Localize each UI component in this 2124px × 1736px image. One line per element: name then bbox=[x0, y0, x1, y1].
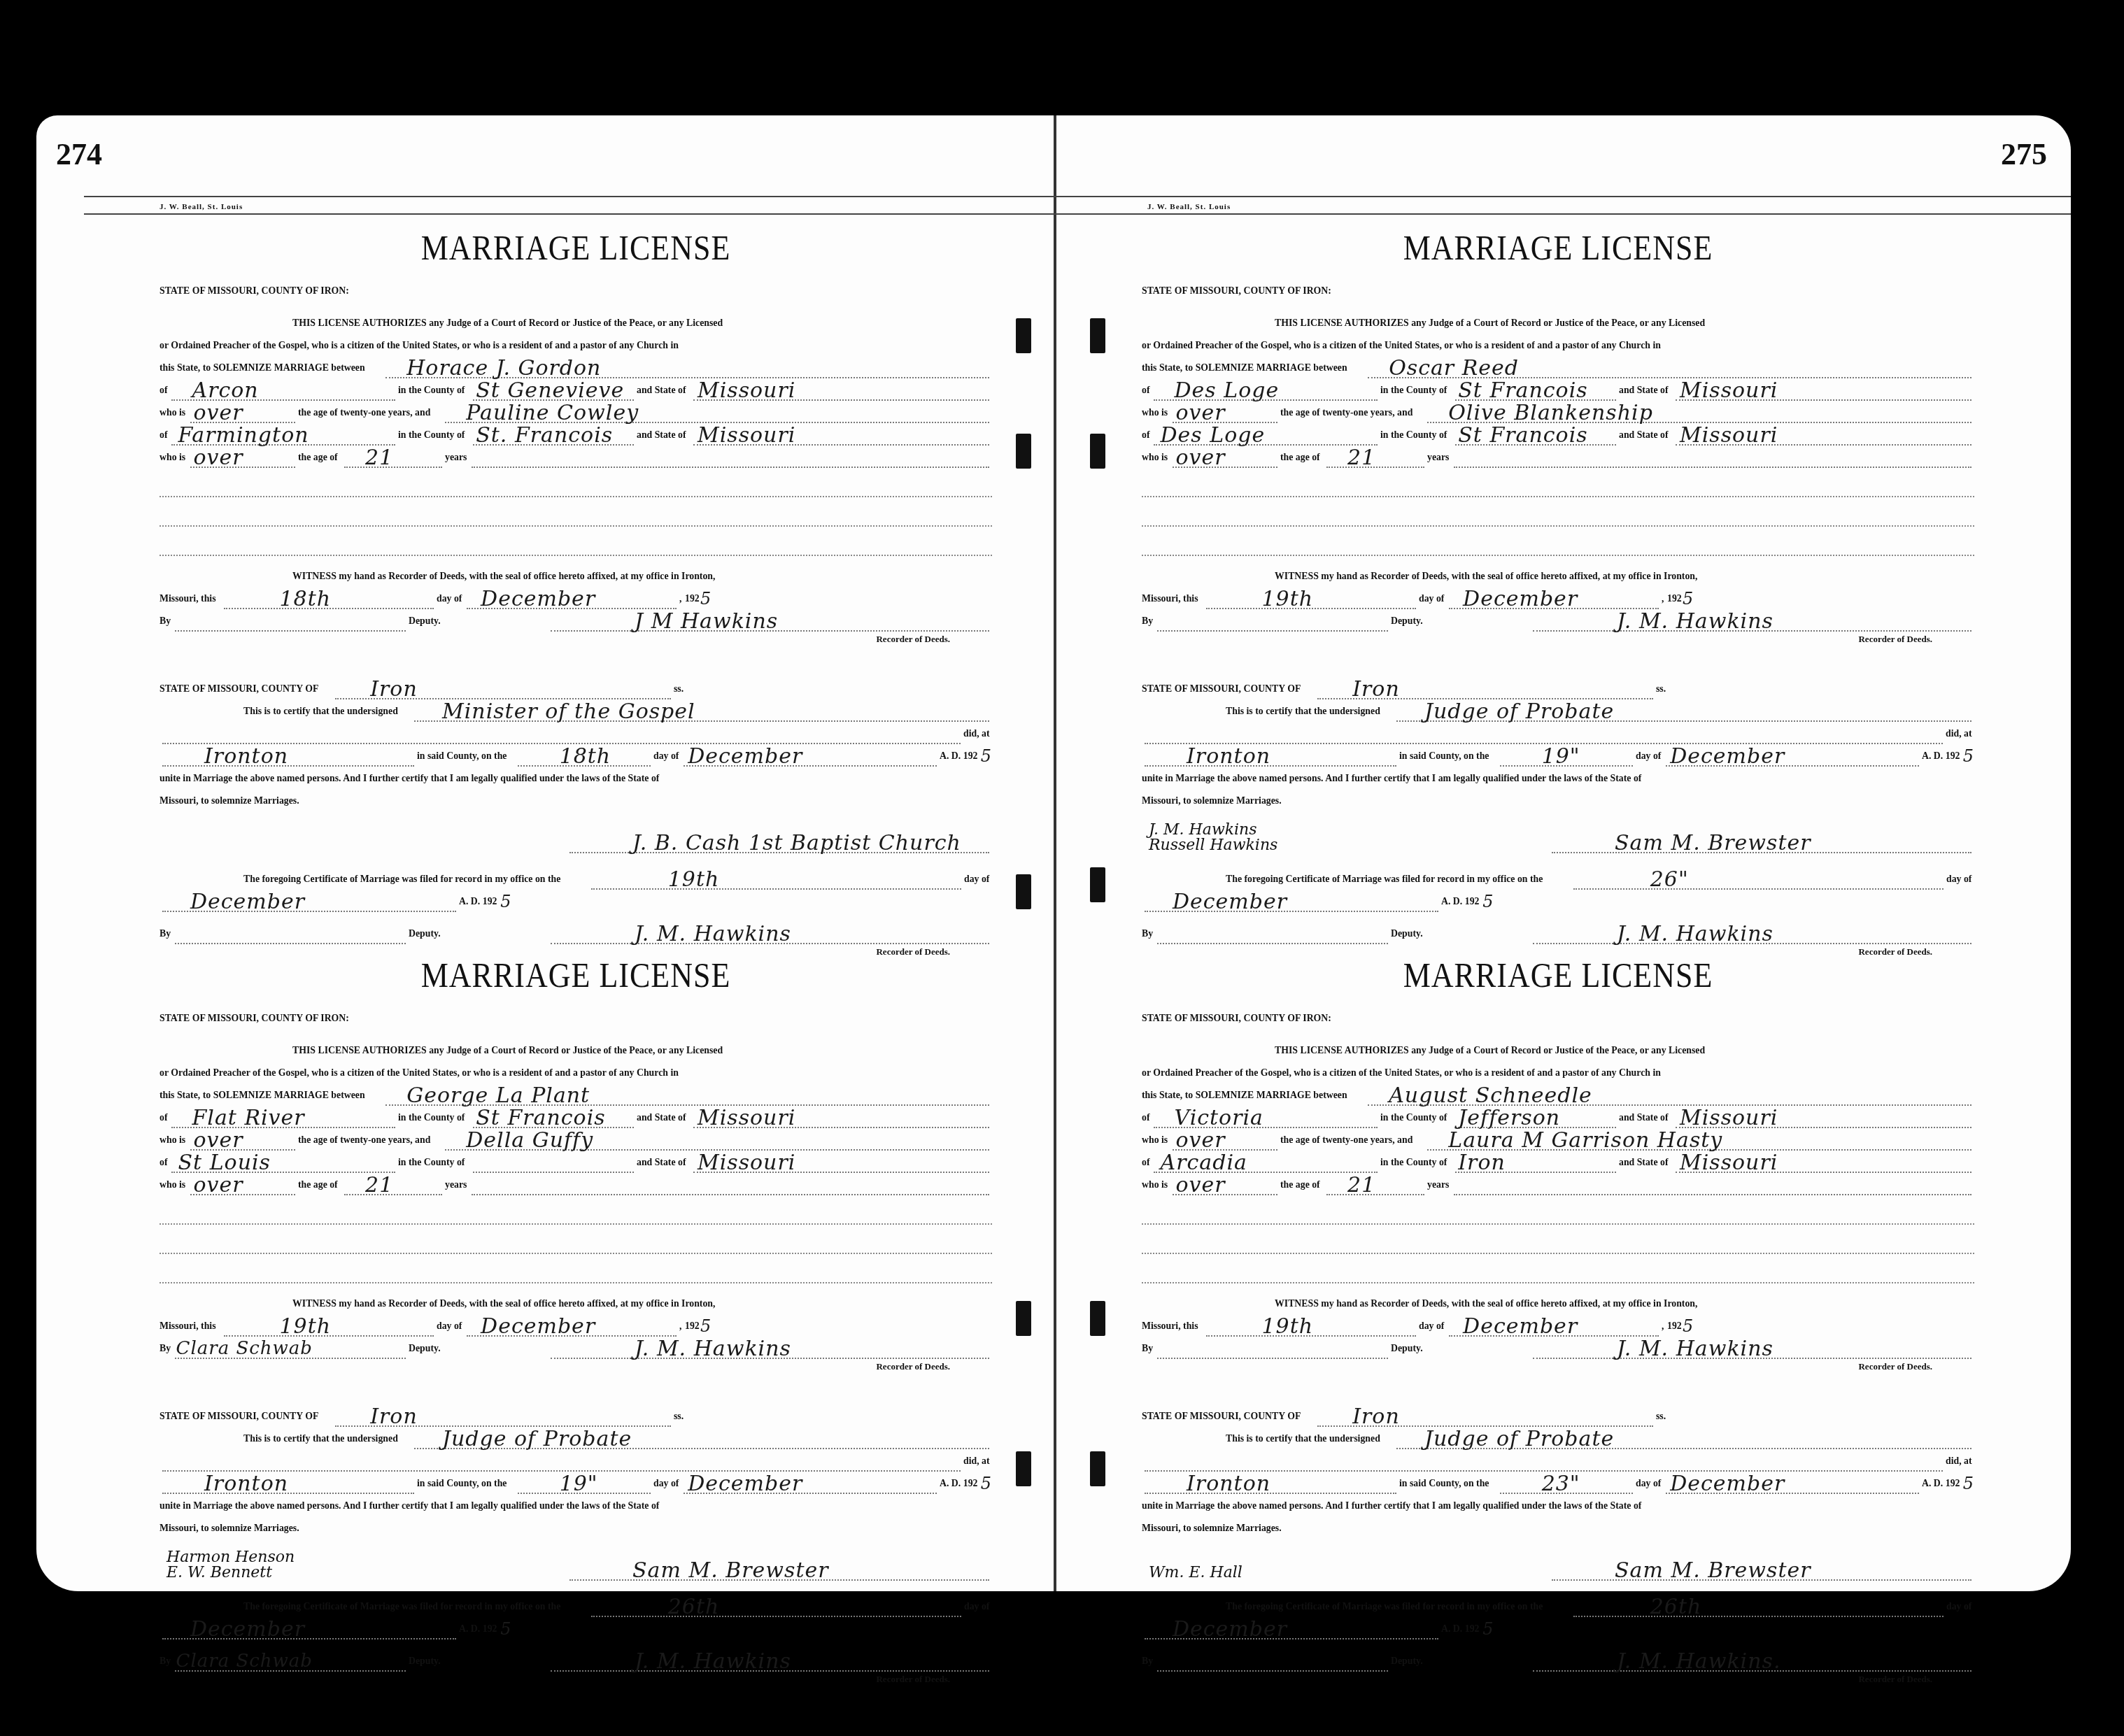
bride-age-status: over bbox=[193, 448, 243, 468]
ad-label: A. D. 192 bbox=[1441, 1619, 1479, 1639]
unite-text: unite in Marriage the above named person… bbox=[160, 769, 659, 789]
printer-imprint-right: J. W. Beall, St. Louis bbox=[1147, 203, 1231, 211]
recorder-of-deeds-label: Recorder of Deeds. bbox=[160, 629, 992, 649]
county-label: in the County of bbox=[1380, 425, 1447, 446]
officiant-title: Minister of the Gospel bbox=[442, 702, 695, 722]
blank-line bbox=[160, 1230, 992, 1254]
ad-label: A. D. 192 bbox=[940, 1474, 977, 1494]
authorization-text: THIS LICENSE AUTHORIZES any Judge of a C… bbox=[292, 313, 723, 334]
of-label: of bbox=[1142, 425, 1150, 446]
who-is-label: who is bbox=[160, 403, 185, 423]
license-month: December bbox=[481, 589, 595, 609]
bride-county: Iron bbox=[1458, 1153, 1506, 1173]
groom-county-field: St Francois bbox=[1455, 383, 1616, 401]
officiant-title-field: Judge of Probate bbox=[1396, 704, 1971, 722]
by-label: By bbox=[160, 611, 171, 632]
by-label: By bbox=[160, 924, 171, 944]
bride-state: Missouri bbox=[1680, 1153, 1778, 1173]
said-county-label: in said County, on the bbox=[417, 1474, 507, 1494]
ceremony-witnesses: J. M. HawkinsRussell Hawkins bbox=[1142, 823, 1277, 853]
witness-signature: Wm. E. Hall bbox=[1149, 1565, 1242, 1581]
bride-town-field: Des Loge bbox=[1154, 427, 1378, 446]
of-label: of bbox=[160, 1153, 168, 1173]
ceremony-place: Ironton bbox=[204, 746, 288, 767]
day-of-label: day of bbox=[437, 1316, 462, 1337]
unite-text: unite in Marriage the above named person… bbox=[1142, 769, 1641, 789]
ceremony-place-field: Ironton bbox=[1145, 1476, 1396, 1494]
age-label: the age of twenty-one years, and bbox=[1280, 1130, 1413, 1151]
ceremony-day-field: 19" bbox=[1500, 748, 1633, 767]
license-month: December bbox=[481, 1316, 595, 1337]
officiant-signature: Sam M. Brewster bbox=[632, 1560, 829, 1581]
groom-name: George La Plant bbox=[406, 1086, 590, 1106]
certify-label: This is to certify that the undersigned bbox=[1226, 702, 1380, 722]
ad-label: A. D. 192 bbox=[940, 746, 977, 767]
filed-month: December bbox=[1173, 1619, 1287, 1639]
license-year-digit: 5 bbox=[700, 1316, 711, 1337]
blank-line bbox=[162, 726, 961, 744]
filed-recorder-signature: J. M. Hawkins bbox=[635, 924, 791, 944]
license-month-field: December bbox=[1449, 1318, 1659, 1337]
officiant-title: Judge of Probate bbox=[442, 1429, 632, 1449]
ad-label: A. D. 192 bbox=[459, 1619, 497, 1639]
authorization-text: THIS LICENSE AUTHORIZES any Judge of a C… bbox=[1275, 313, 1705, 334]
groom-state-field: Missouri bbox=[1676, 1110, 1971, 1128]
license-day-field: 18th bbox=[224, 591, 434, 609]
bride-name-field: Pauline Cowley bbox=[445, 405, 989, 423]
authorization-text: THIS LICENSE AUTHORIZES any Judge of a C… bbox=[1275, 1041, 1705, 1061]
filed-month: December bbox=[190, 892, 305, 912]
who-is-label: who is bbox=[160, 1130, 185, 1151]
bride-age-status: over bbox=[1175, 448, 1225, 468]
binding-mark bbox=[1016, 318, 1031, 353]
state-county-header: STATE OF MISSOURI, COUNTY OF IRON: bbox=[1142, 1009, 1331, 1029]
binding-mark bbox=[1016, 434, 1031, 469]
ceremony-year-digit: 5 bbox=[981, 746, 992, 767]
state-label: and State of bbox=[1619, 425, 1669, 446]
filed-day-field: 26" bbox=[1573, 871, 1944, 890]
county-label: in the County of bbox=[1380, 1153, 1447, 1173]
groom-age-field: over bbox=[190, 1132, 295, 1151]
witness-text: WITNESS my hand as Recorder of Deeds, wi… bbox=[1275, 1294, 1697, 1314]
missouri-this-label: Missouri, this bbox=[160, 1316, 216, 1337]
age-label: the age of twenty-one years, and bbox=[298, 1130, 430, 1151]
day-of-label: day of bbox=[1946, 1597, 1971, 1617]
by-label: By bbox=[1142, 924, 1153, 944]
filed-day: 19th bbox=[668, 869, 720, 890]
witness-text: WITNESS my hand as Recorder of Deeds, wi… bbox=[292, 1294, 715, 1314]
ceremony-month: December bbox=[688, 746, 802, 767]
groom-name-field: August Schneedle bbox=[1368, 1088, 1971, 1106]
filed-recorder-signature-field: J. M. Hawkins bbox=[551, 926, 989, 944]
officiant-title: Judge of Probate bbox=[1424, 1429, 1614, 1449]
age-of-label: the age of bbox=[1280, 1175, 1320, 1195]
solemnize-label: this State, to SOLEMNIZE MARRIAGE betwee… bbox=[160, 358, 365, 378]
age-of-label: the age of bbox=[298, 448, 338, 468]
ceremony-year-digit: 5 bbox=[1963, 1474, 1974, 1494]
filed-deputy-signature: Clara Schwab bbox=[176, 1651, 313, 1672]
groom-state: Missouri bbox=[1680, 1108, 1778, 1128]
said-county-label: in said County, on the bbox=[1399, 1474, 1489, 1494]
filed-recorder-signature-field: J. M. Hawkins bbox=[1533, 926, 1971, 944]
of-label: of bbox=[160, 380, 168, 401]
filed-month-field: December bbox=[1145, 1621, 1438, 1639]
blank-line bbox=[1142, 532, 1974, 556]
certificate-county: Iron bbox=[370, 1407, 418, 1427]
filed-recorder-signature: J. M. Hawkins bbox=[1617, 924, 1773, 944]
state-label: and State of bbox=[637, 1108, 686, 1128]
binding-mark bbox=[1016, 1301, 1031, 1336]
witness-signature: Russell Hawkins bbox=[1149, 838, 1277, 853]
witness-signature: J. M. Hawkins bbox=[1149, 823, 1277, 838]
county-label: in the County of bbox=[1380, 1108, 1447, 1128]
filed-day-field: 19th bbox=[591, 871, 962, 890]
license-day: 18th bbox=[280, 589, 332, 609]
ad-label: A. D. 192 bbox=[1441, 892, 1479, 912]
officiant-signature-field: Sam M. Brewster bbox=[1552, 835, 1971, 853]
bride-age-years: 21 bbox=[1347, 448, 1375, 468]
bride-age-years-field: 21 bbox=[344, 450, 442, 468]
recorder-signature-field: J. M. Hawkins bbox=[1533, 1341, 1971, 1359]
groom-town: Des Loge bbox=[1175, 380, 1280, 401]
recorder-signature: J. M. Hawkins bbox=[1617, 1339, 1773, 1359]
authorization-text: or Ordained Preacher of the Gospel, who … bbox=[160, 1063, 679, 1083]
license-deputy-field: Clara Schwab bbox=[175, 1341, 406, 1359]
bride-town-field: Arcadia bbox=[1154, 1155, 1378, 1173]
bride-town: St Louis bbox=[178, 1153, 271, 1173]
binding-mark bbox=[1090, 1301, 1105, 1336]
years-label: years bbox=[1427, 1175, 1449, 1195]
ceremony-month-field: December bbox=[684, 748, 936, 767]
solemnize-label: this State, to SOLEMNIZE MARRIAGE betwee… bbox=[160, 1086, 365, 1106]
blank-line bbox=[160, 503, 992, 527]
age-of-label: the age of bbox=[298, 1175, 338, 1195]
filed-month-field: December bbox=[162, 894, 456, 912]
groom-county: St Francois bbox=[476, 1108, 605, 1128]
recorder-of-deeds-label: Recorder of Deeds. bbox=[1142, 1669, 1974, 1689]
blank-line bbox=[1145, 726, 1943, 744]
groom-name-field: George La Plant bbox=[385, 1088, 989, 1106]
by-label: By bbox=[160, 1651, 171, 1672]
filed-month: December bbox=[190, 1619, 305, 1639]
certificate-county-field: Iron bbox=[335, 681, 671, 699]
license-deputy-signature: Clara Schwab bbox=[176, 1339, 313, 1359]
license-month-field: December bbox=[467, 1318, 677, 1337]
groom-county-field: St Francois bbox=[473, 1110, 634, 1128]
bride-county-field: St. Francois bbox=[473, 427, 634, 446]
ceremony-month: December bbox=[1670, 1474, 1785, 1494]
certificate-county-field: Iron bbox=[335, 1409, 671, 1427]
age-of-label: the age of bbox=[1280, 448, 1320, 468]
ceremony-witnesses: Harmon HensonE. W. Bennett bbox=[160, 1550, 295, 1581]
deputy-label: Deputy. bbox=[409, 1651, 441, 1672]
witness-signature: E. W. Bennett bbox=[167, 1565, 295, 1581]
printer-imprint-left: J. W. Beall, St. Louis bbox=[160, 203, 243, 211]
ceremony-day-field: 23" bbox=[1500, 1476, 1633, 1494]
year-prefix: 192 bbox=[1667, 589, 1682, 609]
groom-age-status: over bbox=[193, 403, 243, 423]
state-county-header: STATE OF MISSOURI, COUNTY OF IRON: bbox=[160, 1009, 349, 1029]
certify-label: This is to certify that the undersigned bbox=[243, 702, 398, 722]
ceremony-month-field: December bbox=[1666, 1476, 1918, 1494]
binding-mark bbox=[1090, 318, 1105, 353]
years-label: years bbox=[445, 448, 467, 468]
certify-label: This is to certify that the undersigned bbox=[1226, 1429, 1380, 1449]
groom-state-field: Missouri bbox=[693, 383, 989, 401]
filed-recorder-signature-field: J. M. Hawkins. bbox=[1533, 1653, 1971, 1672]
marriage-license-certificate-1: MARRIAGE LICENSE STATE OF MISSOURI, COUN… bbox=[160, 238, 992, 962]
bride-age-years-field: 21 bbox=[344, 1177, 442, 1195]
blank-line bbox=[160, 1201, 992, 1225]
deputy-label: Deputy. bbox=[1391, 1339, 1423, 1359]
ad-label: A. D. 192 bbox=[459, 892, 497, 912]
certificate-county: Iron bbox=[1352, 679, 1400, 699]
license-year-digit: 5 bbox=[1683, 1316, 1694, 1337]
groom-name: Oscar Reed bbox=[1389, 358, 1519, 378]
groom-state: Missouri bbox=[698, 380, 795, 401]
blank-line bbox=[1142, 1230, 1974, 1254]
filed-deputy-field bbox=[175, 926, 406, 944]
recorder-signature-field: J M Hawkins bbox=[551, 613, 989, 632]
age-label: the age of twenty-one years, and bbox=[1280, 403, 1413, 423]
officiant-signature-field: Sam M. Brewster bbox=[569, 1563, 989, 1581]
blank-line bbox=[1145, 1453, 1943, 1472]
filed-month-field: December bbox=[1145, 894, 1438, 912]
deputy-label: Deputy. bbox=[409, 924, 441, 944]
blank-line bbox=[1454, 1177, 1971, 1195]
blank-line bbox=[1454, 450, 1971, 468]
foregoing-text: The foregoing Certificate of Marriage wa… bbox=[243, 869, 560, 890]
groom-county: St Francois bbox=[1458, 380, 1587, 401]
binding-mark bbox=[1016, 874, 1031, 909]
groom-name: Horace J. Gordon bbox=[406, 358, 601, 378]
deputy-label: Deputy. bbox=[409, 611, 441, 632]
unite-text: Missouri, to solemnize Marriages. bbox=[160, 791, 299, 811]
deputy-label: Deputy. bbox=[1391, 1651, 1423, 1672]
groom-town-field: Victoria bbox=[1154, 1110, 1378, 1128]
ceremony-place: Ironton bbox=[204, 1474, 288, 1494]
book-gutter bbox=[1054, 115, 1056, 1591]
by-label: By bbox=[1142, 611, 1153, 632]
of-label: of bbox=[160, 425, 168, 446]
ceremony-day: 19" bbox=[560, 1474, 598, 1494]
ss-label: ss. bbox=[674, 1407, 684, 1427]
license-deputy-field bbox=[1157, 613, 1388, 632]
who-is-label: who is bbox=[1142, 1175, 1168, 1195]
county-label: in the County of bbox=[398, 1108, 465, 1128]
groom-state-field: Missouri bbox=[1676, 383, 1971, 401]
unite-text: Missouri, to solemnize Marriages. bbox=[160, 1518, 299, 1539]
bride-county-field: St Francois bbox=[1455, 427, 1616, 446]
ceremony-day: 19" bbox=[1542, 746, 1580, 767]
blank-line bbox=[472, 450, 989, 468]
filed-day: 26th bbox=[1650, 1597, 1702, 1617]
county-of-label: STATE OF MISSOURI, COUNTY OF bbox=[160, 679, 318, 699]
certificate-county-field: Iron bbox=[1317, 1409, 1653, 1427]
blank-line bbox=[1142, 1260, 1974, 1283]
filed-day: 26th bbox=[668, 1597, 720, 1617]
license-deputy-field bbox=[1157, 1341, 1388, 1359]
filed-month: December bbox=[1173, 892, 1287, 912]
state-county-header: STATE OF MISSOURI, COUNTY OF IRON: bbox=[160, 281, 349, 301]
groom-state: Missouri bbox=[698, 1108, 795, 1128]
ceremony-place: Ironton bbox=[1187, 746, 1270, 767]
bride-age-field: over bbox=[1173, 1177, 1277, 1195]
bride-state: Missouri bbox=[1680, 425, 1778, 446]
unite-text: unite in Marriage the above named person… bbox=[1142, 1496, 1641, 1516]
recorder-signature: J M Hawkins bbox=[635, 611, 778, 632]
county-label: in the County of bbox=[1380, 380, 1447, 401]
recorder-of-deeds-label: Recorder of Deeds. bbox=[160, 1356, 992, 1376]
ceremony-witnesses: Wm. E. Hall bbox=[1142, 1565, 1242, 1581]
witness-signature: Harmon Henson bbox=[167, 1550, 295, 1565]
blank-line bbox=[160, 532, 992, 556]
blank-line bbox=[162, 1453, 961, 1472]
bride-age-years: 21 bbox=[1347, 1175, 1375, 1195]
missouri-this-label: Missouri, this bbox=[1142, 1316, 1198, 1337]
county-label: in the County of bbox=[398, 425, 465, 446]
unite-text: unite in Marriage the above named person… bbox=[160, 1496, 659, 1516]
license-day-field: 19th bbox=[224, 1318, 434, 1337]
state-county-header: STATE OF MISSOURI, COUNTY OF IRON: bbox=[1142, 281, 1331, 301]
bride-age-years: 21 bbox=[365, 1175, 393, 1195]
officiant-title-field: Judge of Probate bbox=[1396, 1431, 1971, 1449]
groom-age-status: over bbox=[1175, 1130, 1225, 1151]
ss-label: ss. bbox=[1656, 679, 1666, 699]
did-at-label: did, at bbox=[963, 1451, 990, 1472]
filed-day-field: 26th bbox=[1573, 1599, 1944, 1617]
bride-age-status: over bbox=[193, 1175, 243, 1195]
state-label: and State of bbox=[1619, 1153, 1669, 1173]
recorder-of-deeds-label: Recorder of Deeds. bbox=[160, 1669, 992, 1689]
bride-age-status: over bbox=[1175, 1175, 1225, 1195]
recorder-signature: J. M. Hawkins bbox=[1617, 611, 1773, 632]
license-deputy-field bbox=[175, 613, 406, 632]
bride-town: Des Loge bbox=[1161, 425, 1266, 446]
deputy-label: Deputy. bbox=[409, 1339, 441, 1359]
groom-state-field: Missouri bbox=[693, 1110, 989, 1128]
filed-year-digit: 5 bbox=[500, 1619, 511, 1639]
binding-mark bbox=[1090, 434, 1105, 469]
filed-deputy-field bbox=[1157, 926, 1388, 944]
unite-text: Missouri, to solemnize Marriages. bbox=[1142, 1518, 1282, 1539]
header-rule-top bbox=[84, 196, 2071, 197]
year-prefix: 192 bbox=[1667, 1316, 1682, 1337]
ceremony-day: 23" bbox=[1542, 1474, 1580, 1494]
bride-age-field: over bbox=[190, 450, 295, 468]
did-at-label: did, at bbox=[1946, 724, 1972, 744]
who-is-label: who is bbox=[1142, 1130, 1168, 1151]
officiant-signature-field: J. B. Cash 1st Baptist Church bbox=[569, 835, 989, 853]
filed-recorder-signature-field: J. M. Hawkins bbox=[551, 1653, 989, 1672]
filed-deputy-field: Clara Schwab bbox=[175, 1653, 406, 1672]
filed-day: 26" bbox=[1650, 869, 1689, 890]
filed-day-field: 26th bbox=[591, 1599, 962, 1617]
certificate-title: MARRIAGE LICENSE bbox=[1142, 964, 1974, 987]
years-label: years bbox=[445, 1175, 467, 1195]
recorder-signature-field: J. M. Hawkins bbox=[551, 1341, 989, 1359]
certificate-title: MARRIAGE LICENSE bbox=[1142, 236, 1974, 259]
groom-town-field: Arcon bbox=[171, 383, 395, 401]
solemnize-label: this State, to SOLEMNIZE MARRIAGE betwee… bbox=[1142, 1086, 1347, 1106]
bride-town-field: St Louis bbox=[171, 1155, 395, 1173]
deputy-label: Deputy. bbox=[1391, 611, 1423, 632]
groom-name-field: Oscar Reed bbox=[1368, 360, 1971, 378]
groom-age-field: over bbox=[1173, 1132, 1277, 1151]
bride-name: Laura M Garrison Hasty bbox=[1448, 1130, 1722, 1151]
left-page-number: 274 bbox=[56, 136, 102, 172]
filed-month-field: December bbox=[162, 1621, 456, 1639]
officiant-signature: Sam M. Brewster bbox=[1615, 833, 1811, 853]
bride-age-years-field: 21 bbox=[1326, 450, 1424, 468]
filed-year-digit: 5 bbox=[1482, 1619, 1494, 1639]
blank-line bbox=[472, 1177, 989, 1195]
ceremony-month-field: December bbox=[684, 1476, 936, 1494]
officiant-title-field: Judge of Probate bbox=[414, 1431, 989, 1449]
marriage-license-certificate-3: MARRIAGE LICENSE STATE OF MISSOURI, COUN… bbox=[160, 965, 992, 1689]
license-year-digit: 5 bbox=[700, 589, 711, 609]
day-of-label: day of bbox=[1636, 1474, 1661, 1494]
year-prefix: 192 bbox=[685, 1316, 700, 1337]
license-day: 19th bbox=[280, 1316, 332, 1337]
ceremony-month-field: December bbox=[1666, 748, 1918, 767]
ceremony-day-field: 18th bbox=[518, 748, 651, 767]
blank-line bbox=[160, 1260, 992, 1283]
officiant-signature-field: Sam M. Brewster bbox=[1552, 1563, 1971, 1581]
day-of-label: day of bbox=[1636, 746, 1661, 767]
certificate-county: Iron bbox=[1352, 1407, 1400, 1427]
groom-county-field: St Genevieve bbox=[473, 383, 634, 401]
ss-label: ss. bbox=[674, 679, 684, 699]
day-of-label: day of bbox=[964, 869, 989, 890]
unite-text: Missouri, to solemnize Marriages. bbox=[1142, 791, 1282, 811]
recorder-of-deeds-label: Recorder of Deeds. bbox=[1142, 629, 1974, 649]
license-month: December bbox=[1463, 589, 1578, 609]
authorization-text: or Ordained Preacher of the Gospel, who … bbox=[1142, 336, 1661, 356]
foregoing-text: The foregoing Certificate of Marriage wa… bbox=[243, 1597, 560, 1617]
binding-mark bbox=[1016, 1451, 1031, 1486]
groom-age-status: over bbox=[193, 1130, 243, 1151]
bride-town: Arcadia bbox=[1161, 1153, 1247, 1173]
years-label: years bbox=[1427, 448, 1449, 468]
groom-name: August Schneedle bbox=[1389, 1086, 1592, 1106]
license-year-digit: 5 bbox=[1683, 589, 1694, 609]
ceremony-month: December bbox=[1670, 746, 1785, 767]
authorization-text: THIS LICENSE AUTHORIZES any Judge of a C… bbox=[292, 1041, 723, 1061]
deputy-label: Deputy. bbox=[1391, 924, 1423, 944]
ss-label: ss. bbox=[1656, 1407, 1666, 1427]
binding-mark bbox=[1090, 867, 1105, 902]
day-of-label: day of bbox=[653, 1474, 679, 1494]
bride-county-field: Iron bbox=[1455, 1155, 1616, 1173]
blank-line bbox=[1142, 503, 1974, 527]
ceremony-month: December bbox=[688, 1474, 802, 1494]
license-day-field: 19th bbox=[1206, 1318, 1416, 1337]
bride-name: Olive Blankenship bbox=[1448, 403, 1653, 423]
who-is-label: who is bbox=[160, 1175, 185, 1195]
bride-state: Missouri bbox=[698, 425, 795, 446]
bride-county-field bbox=[473, 1155, 634, 1173]
ceremony-day: 18th bbox=[560, 746, 611, 767]
groom-name-field: Horace J. Gordon bbox=[385, 360, 989, 378]
ceremony-year-digit: 5 bbox=[981, 1474, 992, 1494]
groom-age-status: over bbox=[1175, 403, 1225, 423]
recorder-signature-field: J. M. Hawkins bbox=[1533, 613, 1971, 632]
ceremony-place-field: Ironton bbox=[162, 748, 414, 767]
filed-year-digit: 5 bbox=[500, 892, 511, 912]
foregoing-text: The foregoing Certificate of Marriage wa… bbox=[1226, 1597, 1543, 1617]
county-of-label: STATE OF MISSOURI, COUNTY OF bbox=[1142, 679, 1301, 699]
